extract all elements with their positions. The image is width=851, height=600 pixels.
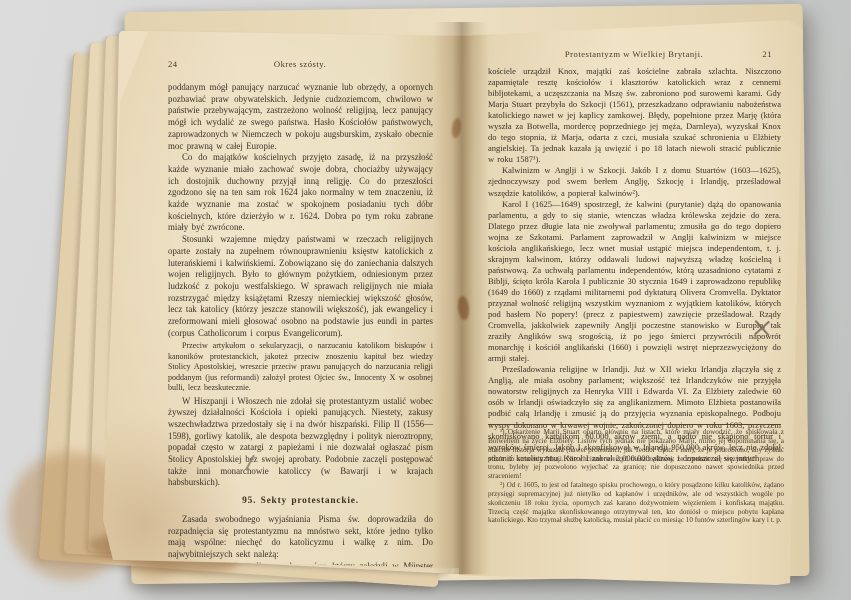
left-page-number: 24	[168, 59, 178, 69]
right-page: Protestantyzm w Wielkiej Brytanji. 21 ko…	[459, 20, 805, 585]
paragraph: Kalwinizm w Anglji i w Szkocji. Jakób I …	[488, 165, 781, 198]
paragraph: Zasada swobodnego wyjaśniania Pisma św. …	[168, 514, 433, 561]
footnotes: ¹) Oskarżenie Marji Stuart oparto główni…	[488, 424, 784, 525]
book-photograph: 24 Okres szósty. poddanym mógł panujący …	[0, 0, 851, 600]
paragraph: Karol I (1625—1649) spostrzegł, że kalwi…	[488, 199, 781, 365]
right-page-text: kościele urządził Knox, majątki zaś kośc…	[488, 66, 781, 464]
footnote-rule	[488, 424, 781, 425]
right-page-header: Protestantyzm w Wielkiej Brytanji. 21	[488, 49, 780, 61]
paragraph: W Hiszpanji i Włoszech nie zdołał się pr…	[168, 396, 433, 490]
footnote: ²) Od r. 1605, to jest od fatalnego spis…	[488, 481, 784, 525]
paragraph: Stosunki wzajemne między państwami w rze…	[168, 234, 433, 339]
paragraph-small-print: Przeciw artykułom o sekularyzacji, o nar…	[168, 341, 433, 393]
right-page-number: 21	[762, 49, 772, 59]
pencil-mark-x	[753, 320, 771, 336]
paragraph: poddanym mógł panujący narzucać wyznanie…	[168, 82, 433, 152]
paragraph: kościele urządził Knox, majątki zaś kośc…	[488, 66, 781, 165]
left-page-header: 24 Okres szósty.	[168, 59, 432, 71]
section-heading: 95. Sekty protestanckie.	[168, 496, 433, 508]
left-running-head: Okres szósty.	[168, 59, 432, 69]
right-running-head: Protestantyzm w Wielkiej Brytanji.	[488, 49, 780, 59]
paragraph: Co do majątków kościelnych przyjęto zasa…	[168, 152, 433, 234]
footnote: ¹) Oskarżenie Marji Stuart oparto główni…	[488, 428, 784, 481]
left-page-text: poddanym mógł panujący narzucać wyznanie…	[168, 82, 433, 584]
left-page: 24 Okres szósty. poddanym mógł panujący …	[103, 26, 462, 568]
